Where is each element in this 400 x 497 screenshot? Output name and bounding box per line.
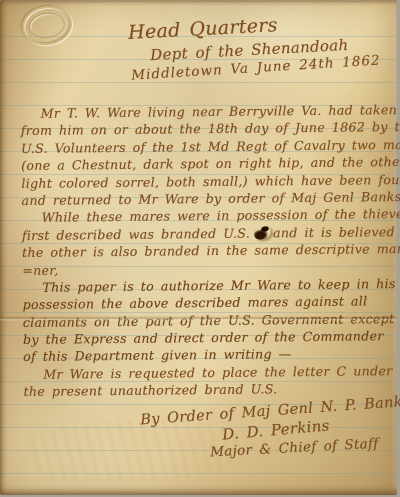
letter-body: Mr T. W. Ware living near Berryville Va.…	[20, 101, 393, 400]
paper-fold-crease	[0, 316, 397, 321]
letter-photo: Head Quarters Dept of the Shenandoah Mid…	[0, 0, 400, 497]
embossed-stamp	[20, 3, 75, 49]
aged-paper-sheet: Head Quarters Dept of the Shenandoah Mid…	[0, 0, 397, 495]
ink-brand-blot	[253, 224, 272, 240]
letter-line-text: and it is believed	[273, 224, 395, 240]
letter-line-text: first described was branded U.S.	[22, 225, 250, 242]
letter-line: the present unauthorized brand U.S.	[23, 379, 393, 400]
heading-head-quarters: Head Quarters	[128, 14, 279, 44]
embossed-stamp-inner-ring	[27, 11, 66, 41]
ink-bleed-through	[24, 416, 241, 485]
